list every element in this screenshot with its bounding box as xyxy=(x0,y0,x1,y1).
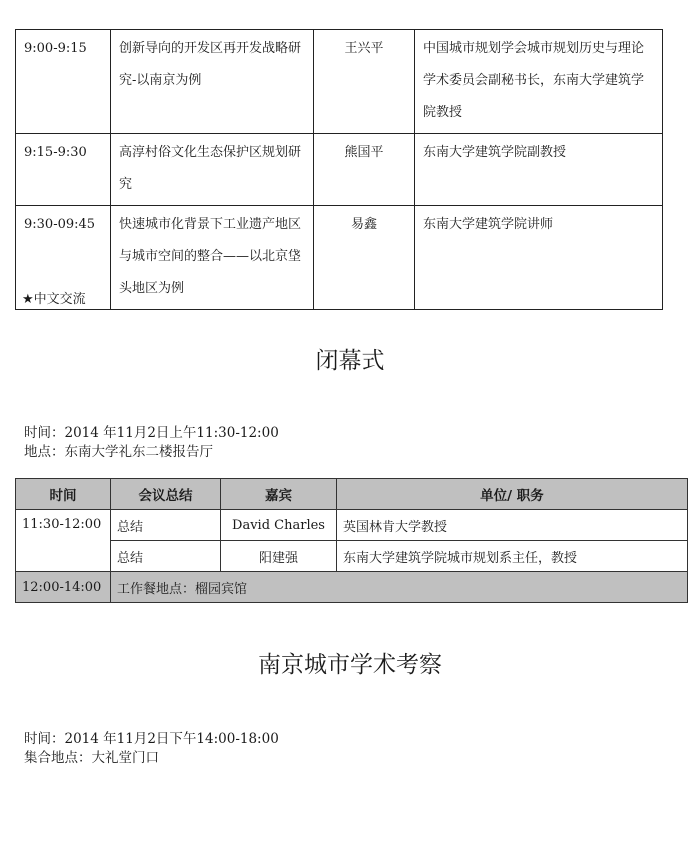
closing-place: 地点：东南大学礼东二楼报告厅 xyxy=(24,443,279,462)
time-cell: 9:00-9:15 xyxy=(16,30,111,134)
affiliation-cell: 中国城市规划学会城市规划历史与理论学术委员会副秘书长，东南大学建筑学院教授 xyxy=(415,30,663,134)
field-trip-info: 时间：2014 年11月2日下午14:00-18:00 集合地点：大礼堂门口 xyxy=(24,730,279,768)
affiliation-cell: 英国林肯大学教授 xyxy=(337,510,688,541)
time-cell: 11:30-12:00 xyxy=(16,510,111,572)
topic-cell: 高淳村俗文化生态保护区规划研究 xyxy=(111,134,314,206)
table-row: 9:15-9:30 高淳村俗文化生态保护区规划研究 熊国平 东南大学建筑学院副教… xyxy=(16,134,663,206)
language-note: ★中文交流 xyxy=(22,288,86,307)
document-page: 9:00-9:15 创新导向的开发区再开发战略研究-以南京为例 王兴平 中国城市… xyxy=(0,0,700,843)
table-row: 11:30-12:00 总结 David Charles 英国林肯大学教授 xyxy=(16,510,688,541)
session-cell: 总结 xyxy=(111,541,221,572)
speaker-cell: 熊国平 xyxy=(314,134,415,206)
header-affiliation: 单位/ 职务 xyxy=(337,479,688,510)
field-trip-place: 集合地点：大礼堂门口 xyxy=(24,749,279,768)
closing-time: 时间：2014 年11月2日上午11:30-12:00 xyxy=(24,424,279,443)
table-row: 9:30-09:45 快速城市化背景下工业遗产地区与城市空间的整合——以北京垡头… xyxy=(16,206,663,310)
header-time: 时间 xyxy=(16,479,111,510)
affiliation-cell: 东南大学建筑学院城市规划系主任，教授 xyxy=(337,541,688,572)
topic-cell: 快速城市化背景下工业遗产地区与城市空间的整合——以北京垡头地区为例 xyxy=(111,206,314,310)
lunch-time-cell: 12:00-14:00 xyxy=(16,572,111,603)
affiliation-cell: 东南大学建筑学院讲师 xyxy=(415,206,663,310)
lunch-text-cell: 工作餐地点：榴园宾馆 xyxy=(111,572,688,603)
header-session: 会议总结 xyxy=(111,479,221,510)
topic-cell: 创新导向的开发区再开发战略研究-以南京为例 xyxy=(111,30,314,134)
closing-title: 闭幕式 xyxy=(0,342,700,375)
field-trip-time: 时间：2014 年11月2日下午14:00-18:00 xyxy=(24,730,279,749)
affiliation-cell: 东南大学建筑学院副教授 xyxy=(415,134,663,206)
table-row: 总结 阳建强 东南大学建筑学院城市规划系主任，教授 xyxy=(16,541,688,572)
lunch-row: 12:00-14:00 工作餐地点：榴园宾馆 xyxy=(16,572,688,603)
closing-info: 时间：2014 年11月2日上午11:30-12:00 地点：东南大学礼东二楼报… xyxy=(24,424,279,462)
guest-cell: 阳建强 xyxy=(221,541,337,572)
session-cell: 总结 xyxy=(111,510,221,541)
header-guest: 嘉宾 xyxy=(221,479,337,510)
speaker-cell: 王兴平 xyxy=(314,30,415,134)
speaker-cell: 易鑫 xyxy=(314,206,415,310)
table-header-row: 时间 会议总结 嘉宾 单位/ 职务 xyxy=(16,479,688,510)
field-trip-title: 南京城市学术考察 xyxy=(0,646,700,679)
guest-cell: David Charles xyxy=(221,510,337,541)
closing-table: 时间 会议总结 嘉宾 单位/ 职务 11:30-12:00 总结 David C… xyxy=(15,478,688,603)
time-cell: 9:15-9:30 xyxy=(16,134,111,206)
schedule-table: 9:00-9:15 创新导向的开发区再开发战略研究-以南京为例 王兴平 中国城市… xyxy=(15,29,663,310)
table-row: 9:00-9:15 创新导向的开发区再开发战略研究-以南京为例 王兴平 中国城市… xyxy=(16,30,663,134)
